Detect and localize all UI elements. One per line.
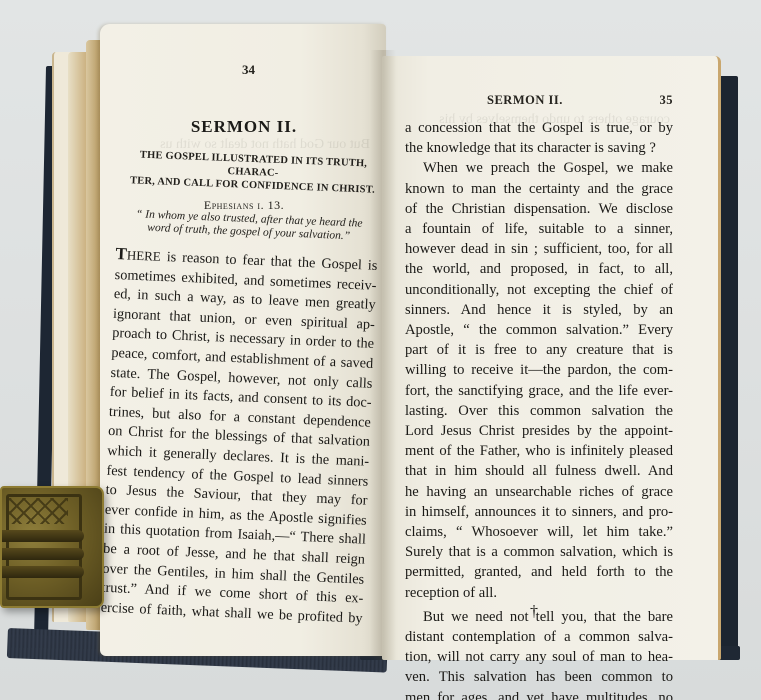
body-line: Surely that is a common salvation, which… [405, 542, 673, 562]
clip-rod [2, 530, 84, 542]
body-line: the knowledge that its character is savi… [405, 138, 673, 158]
body-line: reception of all. [405, 583, 673, 603]
clip-rod [2, 548, 84, 560]
right-page-number: 35 [660, 93, 674, 108]
body-line: a fountain of life, suitable to a sinner… [405, 219, 673, 239]
book-cover-right-edge [718, 76, 738, 660]
body-line: fort, the sanctifying grace, and the lif… [405, 381, 673, 401]
body-line: ment of the Father, who is infinitely pl… [405, 441, 673, 461]
body-line: known to man the certainty and the grace [405, 179, 673, 199]
body-line: willing to receive it—the pardon, the co… [405, 360, 673, 380]
body-line: he having an unsearchable riches of grac… [405, 482, 673, 502]
first-word: HERE [127, 247, 162, 263]
body-line: tion, will not carry any soul of man to … [405, 647, 673, 667]
body-line: that in him should all fulness dwell. An… [405, 461, 673, 481]
clip-rod [2, 566, 84, 578]
body-line: Lord Jesus Christ presides by the appoin… [405, 421, 673, 441]
body-line: a concession that the Gospel is true, or… [405, 118, 673, 138]
left-page-number: 34 [242, 62, 255, 78]
brass-page-clip [0, 486, 104, 608]
body-line: When we preach the Gospel, we make [405, 158, 673, 178]
clip-frame [6, 494, 82, 600]
body-line: the world, and proposed, in fact, to all… [405, 259, 673, 279]
left-page-body: THERE is reason to fear that the Gospel … [100, 244, 377, 629]
body-line: part of it is free to any creature that … [405, 340, 673, 360]
right-page-body: a concession that the Gospel is true, or… [405, 118, 673, 700]
body-line: lasting. Over this common salvation the [405, 401, 673, 421]
running-head: SERMON II. [487, 93, 563, 108]
signature-mark: † [530, 603, 538, 621]
body-line: Apostle, “ the common salvation.” Every [405, 320, 673, 340]
body-line: claims, “ Whosoever will, let him take.” [405, 522, 673, 542]
body-line: sinners. And hence it is styled, by an [405, 300, 673, 320]
body-line: of the Christian dispensation. We disclo… [405, 199, 673, 219]
body-line: ven. This salvation has been common to [405, 667, 673, 687]
book-gutter [370, 50, 396, 660]
body-line: distant contemplation of a common salva- [405, 627, 673, 647]
right-page-header: SERMON II. 35 [405, 93, 673, 108]
body-line: men for ages, and yet have multitudes, n… [405, 688, 673, 700]
sermon-title: SERMON II. [110, 117, 378, 137]
body-line: permitted, granted, and held forth to th… [405, 562, 673, 582]
body-line: in himself, announces it to sinners, and… [405, 502, 673, 522]
body-line: unconditionally, not excepting the chief… [405, 280, 673, 300]
body-line: But we need not tell you, that the bare [405, 607, 673, 627]
body-line: however dead in sin ; sufficient, too, f… [405, 239, 673, 259]
